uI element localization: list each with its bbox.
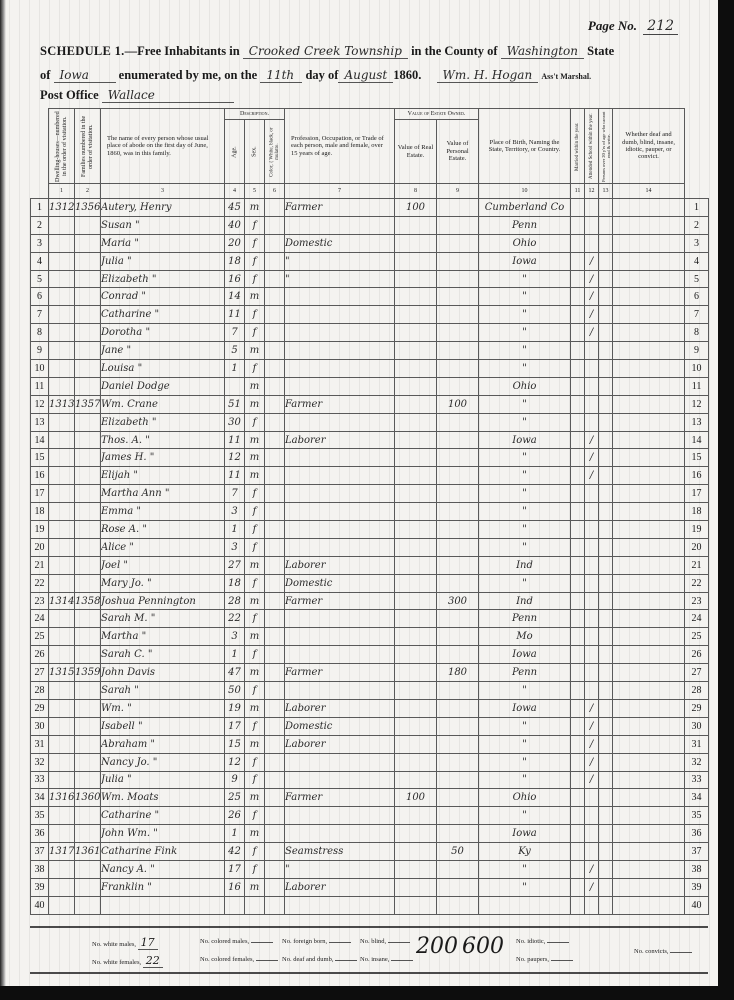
person-name: Elizabeth "	[101, 270, 225, 288]
real-estate-value	[395, 467, 437, 485]
dwelling-number	[49, 360, 75, 378]
person-name: Maria "	[101, 234, 225, 252]
line-number-right: 17	[685, 485, 709, 503]
col-group-estate: Value of Estate Owned.	[395, 109, 479, 120]
birthplace-value: "	[479, 538, 571, 556]
married-mark	[571, 646, 585, 664]
married-mark	[571, 431, 585, 449]
line-number-right: 34	[685, 789, 709, 807]
real-estate-value	[395, 574, 437, 592]
real-estate-value	[395, 753, 437, 771]
birthplace-value: "	[479, 449, 571, 467]
sex-value: f	[245, 807, 265, 825]
day-field: 11th	[260, 68, 302, 83]
personal-estate-value	[437, 503, 479, 521]
age-value: 47	[225, 664, 245, 682]
occupation-value	[285, 288, 395, 306]
table-row: 16Elijah "11m"/16	[31, 467, 709, 485]
col-number: 5	[245, 184, 265, 199]
color-value	[265, 771, 285, 789]
enumerated-label: enumerated by me, on the	[119, 68, 258, 82]
occupation-value: "	[285, 252, 395, 270]
occupation-value: Farmer	[285, 199, 395, 217]
illiterate-mark	[599, 896, 613, 914]
sex-value: f	[245, 485, 265, 503]
color-value	[265, 377, 285, 395]
census-sheet: Page No. 212 SCHEDULE 1.—Free Inhabitant…	[0, 0, 718, 990]
sex-value: f	[245, 753, 265, 771]
birthplace-value: "	[479, 807, 571, 825]
married-mark	[571, 592, 585, 610]
school-mark	[585, 592, 599, 610]
occupation-value	[285, 216, 395, 234]
married-mark	[571, 485, 585, 503]
color-value	[265, 878, 285, 896]
condition-value	[613, 288, 685, 306]
family-number	[75, 431, 101, 449]
color-value	[265, 324, 285, 342]
illiterate-mark	[599, 646, 613, 664]
family-number	[75, 717, 101, 735]
color-value	[265, 717, 285, 735]
occupation-value: Domestic	[285, 574, 395, 592]
married-mark	[571, 628, 585, 646]
col-header-birthplace: Place of Birth, Naming the State, Territ…	[479, 109, 571, 184]
family-number	[75, 449, 101, 467]
birthplace-value: Iowa	[479, 699, 571, 717]
person-name: Conrad "	[101, 288, 225, 306]
dwelling-number	[49, 574, 75, 592]
age-value: 1	[225, 646, 245, 664]
personal-estate-value	[437, 628, 479, 646]
col-header-sex: Sex.	[245, 120, 265, 184]
age-value: 22	[225, 610, 245, 628]
line-number-right: 3	[685, 234, 709, 252]
col-header-family: Families numbered in the order of visita…	[75, 109, 101, 184]
sex-value: m	[245, 199, 265, 217]
table-row: 39Franklin "16mLaborer"/39	[31, 878, 709, 896]
marshal-signature: Wm. H. Hogan	[437, 68, 539, 83]
birthplace-value: "	[479, 860, 571, 878]
sex-value: m	[245, 431, 265, 449]
personal-estate-value	[437, 467, 479, 485]
real-estate-value	[395, 556, 437, 574]
condition-value	[613, 682, 685, 700]
color-value	[265, 234, 285, 252]
line-number-left: 25	[31, 628, 49, 646]
line-number-right: 24	[685, 610, 709, 628]
table-row: 26Sarah C. "1fIowa26	[31, 646, 709, 664]
line-number-left: 10	[31, 360, 49, 378]
personal-estate-value	[437, 413, 479, 431]
age-value: 11	[225, 467, 245, 485]
line-number-left: 36	[31, 825, 49, 843]
marshal-label: Ass't Marshal.	[541, 72, 591, 81]
personal-estate-value	[437, 753, 479, 771]
line-number-right: 2	[685, 216, 709, 234]
line-number-right: 8	[685, 324, 709, 342]
illiterate-mark	[599, 664, 613, 682]
school-mark	[585, 342, 599, 360]
line-number-right: 38	[685, 860, 709, 878]
family-number	[75, 574, 101, 592]
post-office-label: Post Office	[40, 88, 99, 102]
occupation-value: Farmer	[285, 592, 395, 610]
birthplace-value: Iowa	[479, 431, 571, 449]
line-number-left: 40	[31, 896, 49, 914]
age-value	[225, 896, 245, 914]
age-value: 25	[225, 789, 245, 807]
occupation-value: Laborer	[285, 431, 395, 449]
sex-value: f	[245, 306, 265, 324]
real-estate-value	[395, 288, 437, 306]
sex-value: f	[245, 771, 265, 789]
occupation-value: Farmer	[285, 395, 395, 413]
condition-value	[613, 556, 685, 574]
married-mark	[571, 538, 585, 556]
condition-value	[613, 735, 685, 753]
person-name: Wm. Crane	[101, 395, 225, 413]
age-value: 11	[225, 306, 245, 324]
illiterate-mark	[599, 395, 613, 413]
dwelling-number	[49, 324, 75, 342]
line-number-right: 30	[685, 717, 709, 735]
family-number	[75, 270, 101, 288]
real-estate-value	[395, 306, 437, 324]
color-value	[265, 574, 285, 592]
birthplace-value: "	[479, 878, 571, 896]
dwelling-number	[49, 735, 75, 753]
age-value: 1	[225, 360, 245, 378]
age-value: 27	[225, 556, 245, 574]
personal-estate-value	[437, 789, 479, 807]
birthplace-value: "	[479, 521, 571, 539]
color-value	[265, 699, 285, 717]
of-label: of	[40, 68, 50, 82]
sex-value: m	[245, 592, 265, 610]
school-mark	[585, 896, 599, 914]
birthplace-value: "	[479, 306, 571, 324]
color-value	[265, 896, 285, 914]
post-office-field: Wallace	[102, 88, 234, 103]
birthplace-value: Mo	[479, 628, 571, 646]
col-number: 11	[571, 184, 585, 199]
state-field: Iowa	[54, 68, 116, 83]
table-row: 32Nancy Jo. "12f"/32	[31, 753, 709, 771]
birthplace-value: "	[479, 717, 571, 735]
white-females-summary: No. white females, 22	[92, 954, 163, 967]
table-row: 11Daniel DodgemOhio11	[31, 377, 709, 395]
condition-value	[613, 538, 685, 556]
family-number: 1357	[75, 395, 101, 413]
age-value: 19	[225, 699, 245, 717]
illiterate-mark	[599, 377, 613, 395]
illiterate-mark	[599, 538, 613, 556]
person-name: Martha "	[101, 628, 225, 646]
census-table: Dwelling-houses—numbered in the order of…	[30, 108, 709, 915]
family-number	[75, 735, 101, 753]
occupation-value: Domestic	[285, 717, 395, 735]
family-number	[75, 538, 101, 556]
color-value	[265, 306, 285, 324]
real-estate-value	[395, 843, 437, 861]
sex-value: f	[245, 538, 265, 556]
age-value: 7	[225, 485, 245, 503]
school-mark: /	[585, 270, 599, 288]
line-number-left: 13	[31, 413, 49, 431]
dwelling-number	[49, 306, 75, 324]
white-males-value: 17	[138, 936, 158, 950]
school-mark	[585, 360, 599, 378]
dwelling-number	[49, 771, 75, 789]
married-mark	[571, 288, 585, 306]
table-row: 20Alice "3f"20	[31, 538, 709, 556]
family-number	[75, 485, 101, 503]
schedule-label: SCHEDULE 1.	[40, 44, 125, 58]
illiterate-mark	[599, 485, 613, 503]
age-value: 51	[225, 395, 245, 413]
age-value: 7	[225, 324, 245, 342]
condition-value	[613, 753, 685, 771]
dwelling-number	[49, 449, 75, 467]
condition-value	[613, 199, 685, 217]
scan-edge-right	[718, 0, 734, 1000]
col-number: 9	[437, 184, 479, 199]
col-group-description: Description.	[225, 109, 285, 120]
line-number-left: 31	[31, 735, 49, 753]
birthplace-value: "	[479, 771, 571, 789]
table-row: 3413161360Wm. Moats25mFarmer100Ohio34	[31, 789, 709, 807]
table-row: 28Sarah "50f"28	[31, 682, 709, 700]
col-number: 1	[49, 184, 75, 199]
line-number-left: 23	[31, 592, 49, 610]
table-row: 10Louisa "1f"10	[31, 360, 709, 378]
line-number-right: 28	[685, 682, 709, 700]
family-number	[75, 467, 101, 485]
illiterate-mark	[599, 503, 613, 521]
year-text: 1860.	[393, 68, 421, 82]
line-number-left: 15	[31, 449, 49, 467]
age-value: 9	[225, 771, 245, 789]
person-name: Catharine Fink	[101, 843, 225, 861]
color-value	[265, 860, 285, 878]
occupation-value	[285, 377, 395, 395]
family-number	[75, 360, 101, 378]
line-number-right: 21	[685, 556, 709, 574]
dwelling-number	[49, 753, 75, 771]
occupation-value	[285, 485, 395, 503]
real-estate-value	[395, 324, 437, 342]
page-number-label: Page No.	[588, 18, 637, 33]
colored-males-summary: No. colored males,	[200, 938, 273, 945]
married-mark	[571, 395, 585, 413]
line-number-right: 4	[685, 252, 709, 270]
birthplace-value: Ohio	[479, 789, 571, 807]
real-estate-value	[395, 592, 437, 610]
birthplace-value: Cumberland Co	[479, 199, 571, 217]
occupation-value: Laborer	[285, 735, 395, 753]
line-number-left: 11	[31, 377, 49, 395]
real-estate-value	[395, 449, 437, 467]
dwelling-number	[49, 807, 75, 825]
age-value: 12	[225, 753, 245, 771]
illiterate-mark	[599, 360, 613, 378]
dwelling-number	[49, 521, 75, 539]
dwelling-number	[49, 216, 75, 234]
real-estate-value	[395, 413, 437, 431]
table-row: 6Conrad "14m"/6	[31, 288, 709, 306]
family-number	[75, 342, 101, 360]
family-number: 1359	[75, 664, 101, 682]
occupation-value	[285, 521, 395, 539]
personal-estate-value	[437, 807, 479, 825]
illiterate-mark	[599, 753, 613, 771]
colored-males-label: No. colored males,	[200, 938, 249, 945]
person-name: Joel "	[101, 556, 225, 574]
married-mark	[571, 324, 585, 342]
line-number-left: 20	[31, 538, 49, 556]
condition-value	[613, 860, 685, 878]
color-value	[265, 538, 285, 556]
dwelling-number	[49, 342, 75, 360]
condition-value	[613, 789, 685, 807]
col-number: 2	[75, 184, 101, 199]
personal-estate-value: 50	[437, 843, 479, 861]
married-mark	[571, 449, 585, 467]
married-mark	[571, 467, 585, 485]
line-number-right: 23	[685, 592, 709, 610]
real-estate-value	[395, 771, 437, 789]
age-value: 15	[225, 735, 245, 753]
day-of-label: day of	[305, 68, 338, 82]
school-mark: /	[585, 288, 599, 306]
line-number-right: 39	[685, 878, 709, 896]
line-number-left: 17	[31, 485, 49, 503]
family-number	[75, 556, 101, 574]
age-value: 16	[225, 878, 245, 896]
post-office-line: Post Office Wallace	[40, 88, 234, 103]
table-row: 2713151359John Davis47mFarmer180Penn27	[31, 664, 709, 682]
family-number: 1358	[75, 592, 101, 610]
sex-value: f	[245, 503, 265, 521]
dwelling-number	[49, 467, 75, 485]
married-mark	[571, 860, 585, 878]
condition-value	[613, 717, 685, 735]
birthplace-value: Iowa	[479, 825, 571, 843]
real-estate-value	[395, 896, 437, 914]
census-rows: 113121356Autery, Henry45mFarmer100Cumber…	[31, 199, 709, 915]
table-row: 21Joel "27mLaborerInd21	[31, 556, 709, 574]
county-field: Washington	[501, 44, 584, 59]
personal-estate-value	[437, 735, 479, 753]
line-number-left: 33	[31, 771, 49, 789]
age-value: 12	[225, 449, 245, 467]
personal-estate-value	[437, 252, 479, 270]
condition-value	[613, 521, 685, 539]
line-number-left: 37	[31, 843, 49, 861]
birthplace-value: Ohio	[479, 377, 571, 395]
person-name: Abraham "	[101, 735, 225, 753]
birthplace-value: Ind	[479, 592, 571, 610]
color-value	[265, 467, 285, 485]
person-name: John Wm. "	[101, 825, 225, 843]
personal-estate-value	[437, 556, 479, 574]
line-number-left: 34	[31, 789, 49, 807]
sex-value: m	[245, 789, 265, 807]
person-name: Jane "	[101, 342, 225, 360]
condition-value	[613, 896, 685, 914]
real-estate-value	[395, 825, 437, 843]
personal-estate-value	[437, 682, 479, 700]
school-mark	[585, 538, 599, 556]
census-table-wrap: Dwelling-houses—numbered in the order of…	[30, 108, 708, 915]
occupation-value: Domestic	[285, 234, 395, 252]
sex-value: f	[245, 413, 265, 431]
table-row: 31Abraham "15mLaborer"/31	[31, 735, 709, 753]
table-row: 29Wm. "19mLaborerIowa/29	[31, 699, 709, 717]
real-estate-value	[395, 610, 437, 628]
col-header-personal-estate: Value of Personal Estate.	[437, 120, 479, 184]
real-estate-value	[395, 699, 437, 717]
table-row: 13Elizabeth "30f"13	[31, 413, 709, 431]
col-number: 8	[395, 184, 437, 199]
line-number-right: 37	[685, 843, 709, 861]
age-value: 3	[225, 503, 245, 521]
married-mark	[571, 503, 585, 521]
married-mark	[571, 717, 585, 735]
line-number-left: 1	[31, 199, 49, 217]
dwelling-number	[49, 717, 75, 735]
real-estate-value	[395, 216, 437, 234]
dwelling-number: 1317	[49, 843, 75, 861]
dwelling-number: 1314	[49, 592, 75, 610]
illiterate-mark	[599, 521, 613, 539]
family-number: 1360	[75, 789, 101, 807]
married-mark	[571, 234, 585, 252]
dwelling-number	[49, 860, 75, 878]
line-number-left: 35	[31, 807, 49, 825]
personal-estate-value	[437, 646, 479, 664]
paupers-summary: No. paupers,	[516, 956, 573, 963]
occupation-value: Laborer	[285, 556, 395, 574]
married-mark	[571, 789, 585, 807]
color-value	[265, 503, 285, 521]
person-name: Catharine "	[101, 807, 225, 825]
person-name: Alice "	[101, 538, 225, 556]
condition-value	[613, 395, 685, 413]
person-name: Dorotha "	[101, 324, 225, 342]
school-mark	[585, 485, 599, 503]
birthplace-value	[479, 896, 571, 914]
line-number-left: 32	[31, 753, 49, 771]
enumeration-line: of Iowa enumerated by me, on the 11th da…	[40, 68, 591, 83]
sex-value: m	[245, 735, 265, 753]
table-row: 2Susan "40fPenn2	[31, 216, 709, 234]
school-mark: /	[585, 449, 599, 467]
sex-value: m	[245, 342, 265, 360]
school-mark	[585, 377, 599, 395]
personal-estate-value	[437, 377, 479, 395]
illiterate-mark	[599, 789, 613, 807]
foreign-born-label: No. foreign born,	[282, 938, 327, 945]
school-mark	[585, 199, 599, 217]
dwelling-number	[49, 682, 75, 700]
county-label: in the County of	[411, 44, 497, 58]
real-estate-value	[395, 628, 437, 646]
illiterate-mark	[599, 878, 613, 896]
personal-estate-value	[437, 574, 479, 592]
school-mark	[585, 843, 599, 861]
